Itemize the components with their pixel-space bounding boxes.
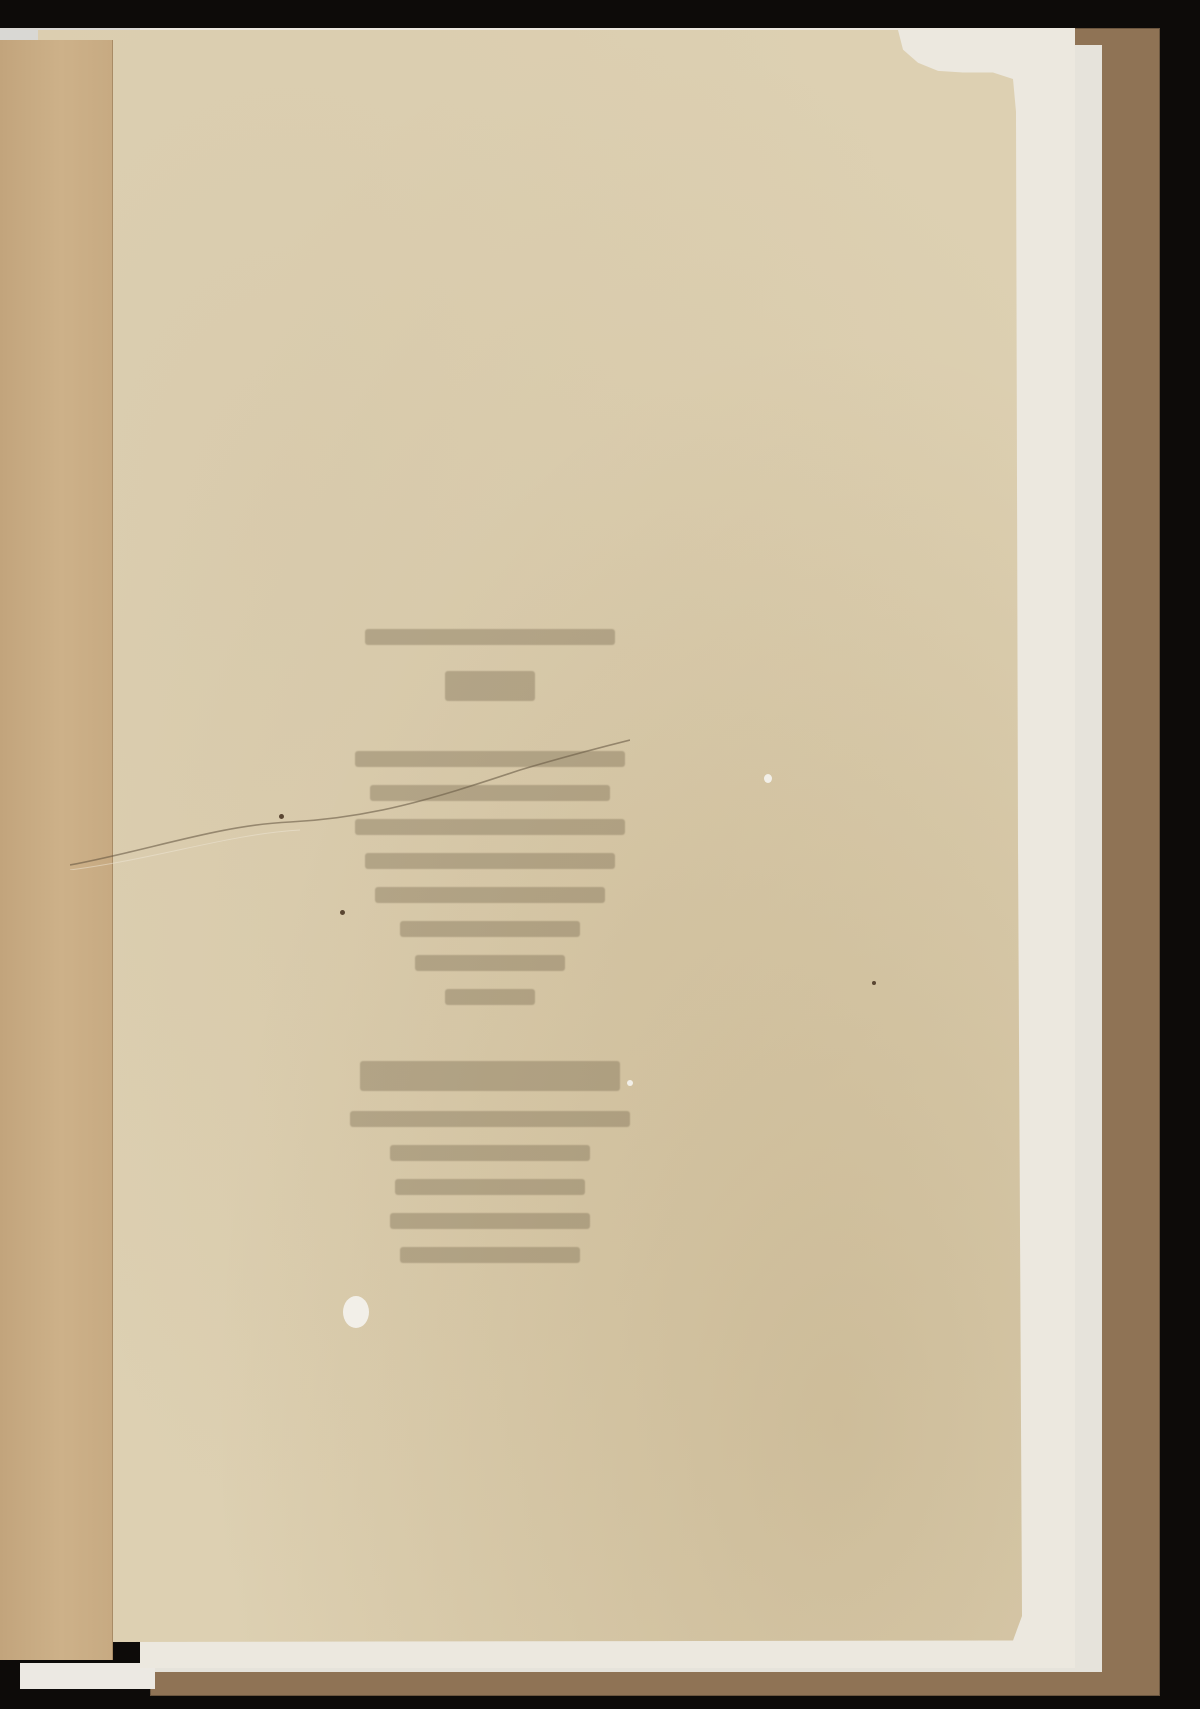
paper-hole bbox=[627, 1080, 633, 1086]
show-through-line bbox=[320, 742, 660, 776]
ink-speck bbox=[872, 981, 876, 985]
show-through-text bbox=[320, 620, 660, 1272]
show-through-line bbox=[320, 878, 660, 912]
show-through-line bbox=[320, 844, 660, 878]
show-through-line bbox=[320, 654, 660, 712]
show-through-line bbox=[320, 776, 660, 810]
show-through-line bbox=[320, 912, 660, 946]
show-through-line bbox=[320, 1238, 660, 1272]
paper-hole bbox=[343, 1296, 369, 1328]
spine-strip-bottom bbox=[20, 1663, 155, 1689]
show-through-line bbox=[320, 810, 660, 844]
show-through-line bbox=[320, 946, 660, 980]
ink-speck bbox=[279, 814, 284, 819]
show-through-line bbox=[320, 980, 660, 1014]
ink-speck bbox=[340, 910, 345, 915]
show-through-line bbox=[320, 1044, 660, 1102]
show-through-line bbox=[320, 1204, 660, 1238]
paper-hole bbox=[764, 774, 772, 783]
show-through-line bbox=[320, 1102, 660, 1136]
show-through-line bbox=[320, 1136, 660, 1170]
show-through-line bbox=[320, 1170, 660, 1204]
show-through-line bbox=[320, 620, 660, 654]
